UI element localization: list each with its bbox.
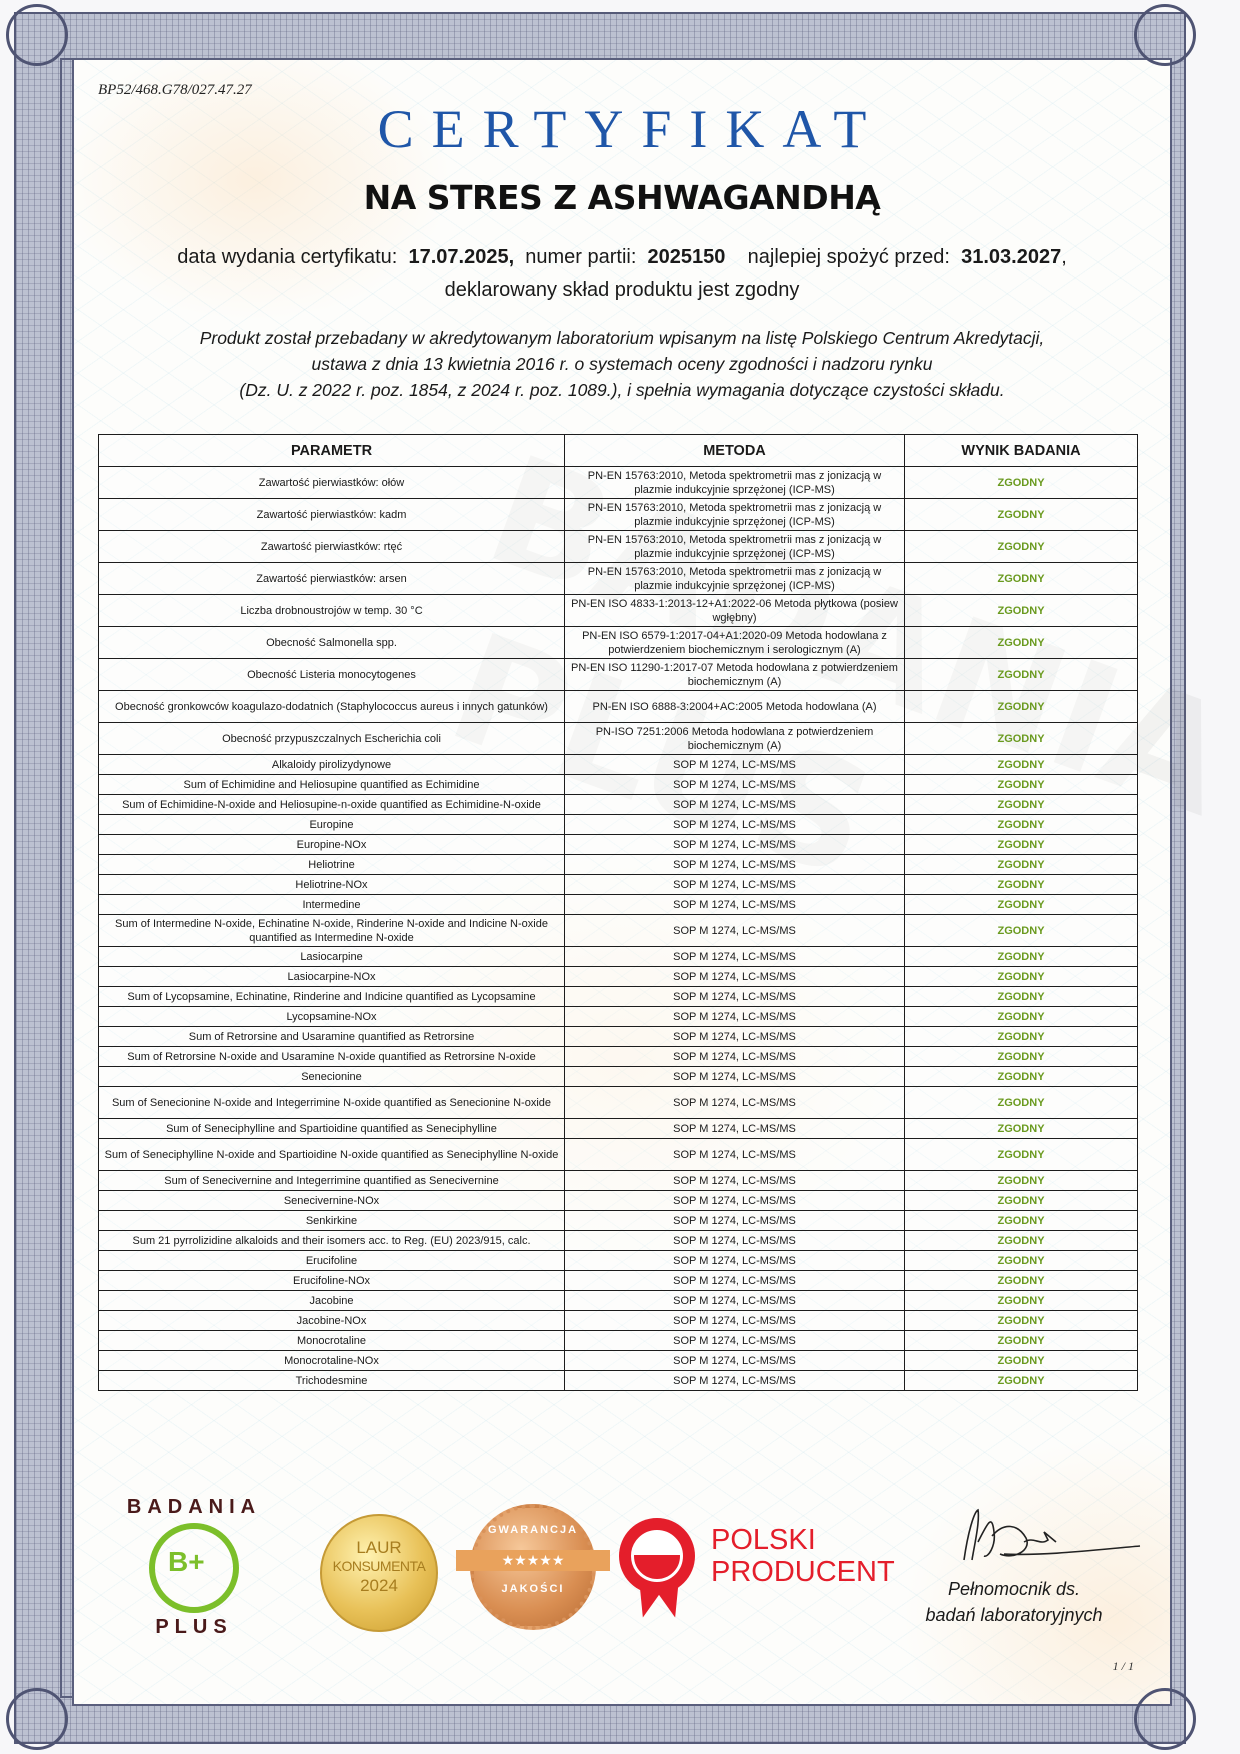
best-before-label: najlepiej spożyć przed: xyxy=(748,246,950,268)
batch-label: numer partii: xyxy=(525,246,636,268)
result-cell: ZGODNY xyxy=(905,1007,1138,1027)
result-cell: ZGODNY xyxy=(905,1087,1138,1119)
document-number: BP52/468.G78/027.47.27 xyxy=(98,82,252,99)
parameter-cell: Sum of Seneciphylline and Spartioidine q… xyxy=(99,1119,565,1139)
certificate-paper: BADANIA PLUS BP52/468.G78/027.47.27 CERT… xyxy=(72,58,1172,1706)
result-cell: ZGODNY xyxy=(905,1311,1138,1331)
parameter-cell: Zawartość pierwiastków: kadm xyxy=(99,499,565,531)
result-cell: ZGODNY xyxy=(905,1191,1138,1211)
parameter-cell: Sum of Echimidine-N-oxide and Heliosupin… xyxy=(99,795,565,815)
page-number: 1 / 1 xyxy=(1113,1659,1134,1674)
method-cell: SOP M 1274, LC-MS/MS xyxy=(565,875,905,895)
result-cell: ZGODNY xyxy=(905,659,1138,691)
result-cell: ZGODNY xyxy=(905,987,1138,1007)
best-before-date: 31.03.2027 xyxy=(961,246,1061,268)
table-row: Zawartość pierwiastków: kadmPN-EN 15763:… xyxy=(99,499,1138,531)
corner-rosette-icon xyxy=(6,4,68,66)
parameter-cell: Liczba drobnoustrojów w temp. 30 °C xyxy=(99,595,565,627)
header-parameter: PARAMETR xyxy=(99,435,565,467)
table-header-row: PARAMETR METODA WYNIK BADANIA xyxy=(99,435,1138,467)
parameter-cell: Sum of Senecivernine and Integerrimine q… xyxy=(99,1171,565,1191)
certificate-title: CERTYFIKAT xyxy=(74,98,1170,160)
badge-text: GWARANCJA xyxy=(474,1524,592,1536)
rosette-icon xyxy=(619,1518,695,1594)
parameter-cell: Europine-NOx xyxy=(99,835,565,855)
issue-date: 17.07.2025, xyxy=(408,246,514,268)
parameter-cell: Europine xyxy=(99,815,565,835)
corner-rosette-icon xyxy=(1134,1688,1196,1750)
table-row: Sum of Senecivernine and Integerrimine q… xyxy=(99,1171,1138,1191)
parameter-cell: Obecność gronkowców koagulazo-dodatnich … xyxy=(99,691,565,723)
method-cell: SOP M 1274, LC-MS/MS xyxy=(565,1087,905,1119)
method-cell: SOP M 1274, LC-MS/MS xyxy=(565,1231,905,1251)
method-cell: PN-EN ISO 6888-3:2004+AC:2005 Metoda hod… xyxy=(565,691,905,723)
parameter-cell: Zawartość pierwiastków: rtęć xyxy=(99,531,565,563)
gwarancja-jakosci-seal: GWARANCJA ★★★★★ JAKOŚCI xyxy=(470,1504,596,1630)
badge-text-line: POLSKI xyxy=(711,1524,895,1556)
header-result: WYNIK BADANIA xyxy=(905,435,1138,467)
parameter-cell: Sum of Lycopsamine, Echinatine, Rinderin… xyxy=(99,987,565,1007)
parameter-cell: Obecność Salmonella spp. xyxy=(99,627,565,659)
method-cell: SOP M 1274, LC-MS/MS xyxy=(565,775,905,795)
method-cell: SOP M 1274, LC-MS/MS xyxy=(565,1067,905,1087)
table-row: Zawartość pierwiastków: rtęćPN-EN 15763:… xyxy=(99,531,1138,563)
parameter-cell: Zawartość pierwiastków: ołów xyxy=(99,467,565,499)
result-cell: ZGODNY xyxy=(905,1211,1138,1231)
product-name: NA STRES Z ASHWAGANDHĄ xyxy=(74,178,1170,217)
result-cell: ZGODNY xyxy=(905,467,1138,499)
result-cell: ZGODNY xyxy=(905,815,1138,835)
method-cell: SOP M 1274, LC-MS/MS xyxy=(565,795,905,815)
corner-rosette-icon xyxy=(6,1688,68,1750)
method-cell: SOP M 1274, LC-MS/MS xyxy=(565,1119,905,1139)
table-row: SenkirkineSOP M 1274, LC-MS/MSZGODNY xyxy=(99,1211,1138,1231)
table-row: Obecność Listeria monocytogenesPN-EN ISO… xyxy=(99,659,1138,691)
laur-konsumenta-medal: LAUR KONSUMENTA 2024 xyxy=(320,1514,438,1632)
result-cell: ZGODNY xyxy=(905,775,1138,795)
table-row: Sum of Lycopsamine, Echinatine, Rinderin… xyxy=(99,987,1138,1007)
table-row: Sum of Retrorsine and Usaramine quantifi… xyxy=(99,1027,1138,1047)
method-cell: SOP M 1274, LC-MS/MS xyxy=(565,835,905,855)
method-cell: PN-EN ISO 6579-1:2017-04+A1:2020-09 Meto… xyxy=(565,627,905,659)
result-cell: ZGODNY xyxy=(905,1371,1138,1391)
badge-text: BADANIA xyxy=(124,1496,264,1519)
signature-icon xyxy=(944,1502,1144,1572)
method-cell: SOP M 1274, LC-MS/MS xyxy=(565,1331,905,1351)
parameter-cell: Alkaloidy pirolizydynowe xyxy=(99,755,565,775)
result-cell: ZGODNY xyxy=(905,967,1138,987)
parameter-cell: Sum of Echimidine and Heliosupine quanti… xyxy=(99,775,565,795)
batch-number: 2025150 xyxy=(648,246,726,268)
parameter-cell: Erucifoline-NOx xyxy=(99,1271,565,1291)
parameter-cell: Heliotrine xyxy=(99,855,565,875)
parameter-cell: Sum of Seneciphylline N-oxide and Sparti… xyxy=(99,1139,565,1171)
result-cell: ZGODNY xyxy=(905,895,1138,915)
result-cell: ZGODNY xyxy=(905,499,1138,531)
parameter-cell: Jacobine xyxy=(99,1291,565,1311)
badge-text: KONSUMENTA xyxy=(322,1558,436,1574)
parameter-cell: Sum 21 pyrrolizidine alkaloids and their… xyxy=(99,1231,565,1251)
table-row: ErucifolineSOP M 1274, LC-MS/MSZGODNY xyxy=(99,1251,1138,1271)
table-row: TrichodesmineSOP M 1274, LC-MS/MSZGODNY xyxy=(99,1371,1138,1391)
parameter-cell: Lasiocarpine-NOx xyxy=(99,967,565,987)
table-row: SenecionineSOP M 1274, LC-MS/MSZGODNY xyxy=(99,1067,1138,1087)
method-cell: SOP M 1274, LC-MS/MS xyxy=(565,1211,905,1231)
table-row: Erucifoline-NOxSOP M 1274, LC-MS/MSZGODN… xyxy=(99,1271,1138,1291)
accreditation-statement: Produkt został przebadany w akredytowany… xyxy=(114,325,1130,403)
parameter-cell: Sum of Intermedine N-oxide, Echinatine N… xyxy=(99,915,565,947)
result-cell: ZGODNY xyxy=(905,755,1138,775)
result-cell: ZGODNY xyxy=(905,1067,1138,1087)
table-row: LasiocarpineSOP M 1274, LC-MS/MSZGODNY xyxy=(99,947,1138,967)
method-cell: SOP M 1274, LC-MS/MS xyxy=(565,1007,905,1027)
method-cell: SOP M 1274, LC-MS/MS xyxy=(565,1351,905,1371)
result-cell: ZGODNY xyxy=(905,1119,1138,1139)
result-cell: ZGODNY xyxy=(905,691,1138,723)
result-cell: ZGODNY xyxy=(905,723,1138,755)
parameter-cell: Intermedine xyxy=(99,895,565,915)
table-row: HeliotrineSOP M 1274, LC-MS/MSZGODNY xyxy=(99,855,1138,875)
method-cell: SOP M 1274, LC-MS/MS xyxy=(565,895,905,915)
parameter-cell: Obecność przypuszczalnych Escherichia co… xyxy=(99,723,565,755)
polski-producent-badge: POLSKI PRODUCENT xyxy=(619,1514,889,1624)
method-cell: SOP M 1274, LC-MS/MS xyxy=(565,1047,905,1067)
parameter-cell: Zawartość pierwiastków: arsen xyxy=(99,563,565,595)
method-cell: SOP M 1274, LC-MS/MS xyxy=(565,915,905,947)
parameter-cell: Lycopsamine-NOx xyxy=(99,1007,565,1027)
result-cell: ZGODNY xyxy=(905,875,1138,895)
parameter-cell: Senkirkine xyxy=(99,1211,565,1231)
table-row: Sum of Echimidine-N-oxide and Heliosupin… xyxy=(99,795,1138,815)
table-row: JacobineSOP M 1274, LC-MS/MSZGODNY xyxy=(99,1291,1138,1311)
table-row: Alkaloidy pirolizydynoweSOP M 1274, LC-M… xyxy=(99,755,1138,775)
table-row: Sum of Echimidine and Heliosupine quanti… xyxy=(99,775,1138,795)
table-row: Heliotrine-NOxSOP M 1274, LC-MS/MSZGODNY xyxy=(99,875,1138,895)
table-row: MonocrotalineSOP M 1274, LC-MS/MSZGODNY xyxy=(99,1331,1138,1351)
signatory-line: Pełnomocnik ds. xyxy=(894,1576,1134,1602)
table-row: Lycopsamine-NOxSOP M 1274, LC-MS/MSZGODN… xyxy=(99,1007,1138,1027)
table-row: Sum of Retrorsine N-oxide and Usaramine … xyxy=(99,1047,1138,1067)
badge-text: POLSKI PRODUCENT xyxy=(711,1524,895,1588)
result-cell: ZGODNY xyxy=(905,563,1138,595)
table-row: Sum of Intermedine N-oxide, Echinatine N… xyxy=(99,915,1138,947)
statement-line: (Dz. U. z 2022 r. poz. 1854, z 2024 r. p… xyxy=(114,377,1130,403)
result-cell: ZGODNY xyxy=(905,531,1138,563)
method-cell: SOP M 1274, LC-MS/MS xyxy=(565,987,905,1007)
method-cell: SOP M 1274, LC-MS/MS xyxy=(565,1271,905,1291)
method-cell: PN-EN 15763:2010, Metoda spektrometrii m… xyxy=(565,499,905,531)
parameter-cell: Sum of Retrorsine and Usaramine quantifi… xyxy=(99,1027,565,1047)
method-cell: SOP M 1274, LC-MS/MS xyxy=(565,1251,905,1271)
badge-text: 2024 xyxy=(322,1576,436,1596)
method-cell: PN-EN ISO 11290-1:2017-07 Metoda hodowla… xyxy=(565,659,905,691)
parameter-cell: Senecionine xyxy=(99,1067,565,1087)
table-row: IntermedineSOP M 1274, LC-MS/MSZGODNY xyxy=(99,895,1138,915)
signatory-title: Pełnomocnik ds. badań laboratoryjnych xyxy=(894,1576,1134,1628)
results-body: Zawartość pierwiastków: ołówPN-EN 15763:… xyxy=(99,467,1138,1391)
parameter-cell: Senecivernine-NOx xyxy=(99,1191,565,1211)
method-cell: PN-EN ISO 4833-1:2013-12+A1:2022-06 Meto… xyxy=(565,595,905,627)
parameter-cell: Erucifoline xyxy=(99,1251,565,1271)
table-row: Europine-NOxSOP M 1274, LC-MS/MSZGODNY xyxy=(99,835,1138,855)
method-cell: PN-EN 15763:2010, Metoda spektrometrii m… xyxy=(565,531,905,563)
method-cell: PN-EN 15763:2010, Metoda spektrometrii m… xyxy=(565,467,905,499)
table-row: Sum 21 pyrrolizidine alkaloids and their… xyxy=(99,1231,1138,1251)
badania-plus-badge: BADANIA B+ PLUS xyxy=(124,1498,264,1638)
result-cell: ZGODNY xyxy=(905,1291,1138,1311)
badge-text: PLUS xyxy=(124,1616,264,1639)
result-cell: ZGODNY xyxy=(905,1139,1138,1171)
method-cell: SOP M 1274, LC-MS/MS xyxy=(565,1191,905,1211)
method-cell: SOP M 1274, LC-MS/MS xyxy=(565,1311,905,1331)
statement-line: ustawa z dnia 13 kwietnia 2016 r. o syst… xyxy=(114,351,1130,377)
method-cell: SOP M 1274, LC-MS/MS xyxy=(565,1139,905,1171)
table-row: Zawartość pierwiastków: arsenPN-EN 15763… xyxy=(99,563,1138,595)
table-row: Monocrotaline-NOxSOP M 1274, LC-MS/MSZGO… xyxy=(99,1351,1138,1371)
method-cell: SOP M 1274, LC-MS/MS xyxy=(565,755,905,775)
result-cell: ZGODNY xyxy=(905,915,1138,947)
badge-text: JAKOŚCI xyxy=(474,1583,592,1595)
results-table: PARAMETR METODA WYNIK BADANIA Zawartość … xyxy=(98,434,1138,1391)
parameter-cell: Monocrotaline-NOx xyxy=(99,1351,565,1371)
parameter-cell: Sum of Retrorsine N-oxide and Usaramine … xyxy=(99,1047,565,1067)
badge-text: LAUR xyxy=(322,1538,436,1558)
parameter-cell: Sum of Senecionine N-oxide and Integerri… xyxy=(99,1087,565,1119)
composition-statement: deklarowany skład produktu jest zgodny xyxy=(74,279,1170,302)
result-cell: ZGODNY xyxy=(905,1331,1138,1351)
method-cell: SOP M 1274, LC-MS/MS xyxy=(565,855,905,875)
result-cell: ZGODNY xyxy=(905,1027,1138,1047)
stars-icon: ★★★★★ xyxy=(456,1550,610,1571)
parameter-cell: Trichodesmine xyxy=(99,1371,565,1391)
parameter-cell: Heliotrine-NOx xyxy=(99,875,565,895)
table-row: Obecność Salmonella spp.PN-EN ISO 6579-1… xyxy=(99,627,1138,659)
table-row: Sum of Senecionine N-oxide and Integerri… xyxy=(99,1087,1138,1119)
method-cell: SOP M 1274, LC-MS/MS xyxy=(565,1027,905,1047)
parameter-cell: Jacobine-NOx xyxy=(99,1311,565,1331)
method-cell: SOP M 1274, LC-MS/MS xyxy=(565,1291,905,1311)
result-cell: ZGODNY xyxy=(905,1047,1138,1067)
result-cell: ZGODNY xyxy=(905,855,1138,875)
method-cell: SOP M 1274, LC-MS/MS xyxy=(565,1371,905,1391)
table-row: Jacobine-NOxSOP M 1274, LC-MS/MSZGODNY xyxy=(99,1311,1138,1331)
method-cell: SOP M 1274, LC-MS/MS xyxy=(565,947,905,967)
badges-row: BADANIA B+ PLUS LAUR KONSUMENTA 2024 GWA… xyxy=(114,1478,1134,1648)
signatory-line: badań laboratoryjnych xyxy=(894,1602,1134,1628)
header-method: METODA xyxy=(565,435,905,467)
table-row: Senecivernine-NOxSOP M 1274, LC-MS/MSZGO… xyxy=(99,1191,1138,1211)
result-cell: ZGODNY xyxy=(905,835,1138,855)
certificate-info-line: data wydania certyfikatu: 17.07.2025, nu… xyxy=(74,246,1170,269)
table-row: Zawartość pierwiastków: ołówPN-EN 15763:… xyxy=(99,467,1138,499)
result-cell: ZGODNY xyxy=(905,595,1138,627)
result-cell: ZGODNY xyxy=(905,1231,1138,1251)
method-cell: SOP M 1274, LC-MS/MS xyxy=(565,815,905,835)
table-row: EuropineSOP M 1274, LC-MS/MSZGODNY xyxy=(99,815,1138,835)
parameter-cell: Lasiocarpine xyxy=(99,947,565,967)
table-row: Sum of Seneciphylline and Spartioidine q… xyxy=(99,1119,1138,1139)
badge-text-line: PRODUCENT xyxy=(711,1556,895,1588)
table-row: Lasiocarpine-NOxSOP M 1274, LC-MS/MSZGOD… xyxy=(99,967,1138,987)
parameter-cell: Monocrotaline xyxy=(99,1331,565,1351)
table-row: Sum of Seneciphylline N-oxide and Sparti… xyxy=(99,1139,1138,1171)
method-cell: PN-ISO 7251:2006 Metoda hodowlana z potw… xyxy=(565,723,905,755)
table-row: Obecność gronkowców koagulazo-dodatnich … xyxy=(99,691,1138,723)
result-cell: ZGODNY xyxy=(905,795,1138,815)
table-row: Liczba drobnoustrojów w temp. 30 °CPN-EN… xyxy=(99,595,1138,627)
result-cell: ZGODNY xyxy=(905,1171,1138,1191)
method-cell: SOP M 1274, LC-MS/MS xyxy=(565,1171,905,1191)
result-cell: ZGODNY xyxy=(905,947,1138,967)
result-cell: ZGODNY xyxy=(905,627,1138,659)
parameter-cell: Obecność Listeria monocytogenes xyxy=(99,659,565,691)
issue-date-label: data wydania certyfikatu: xyxy=(177,246,397,268)
method-cell: SOP M 1274, LC-MS/MS xyxy=(565,967,905,987)
comma: , xyxy=(1061,246,1067,268)
corner-rosette-icon xyxy=(1134,4,1196,66)
badge-text: B+ xyxy=(168,1546,205,1578)
method-cell: PN-EN 15763:2010, Metoda spektrometrii m… xyxy=(565,563,905,595)
result-cell: ZGODNY xyxy=(905,1271,1138,1291)
result-cell: ZGODNY xyxy=(905,1351,1138,1371)
table-row: Obecność przypuszczalnych Escherichia co… xyxy=(99,723,1138,755)
statement-line: Produkt został przebadany w akredytowany… xyxy=(114,325,1130,351)
result-cell: ZGODNY xyxy=(905,1251,1138,1271)
